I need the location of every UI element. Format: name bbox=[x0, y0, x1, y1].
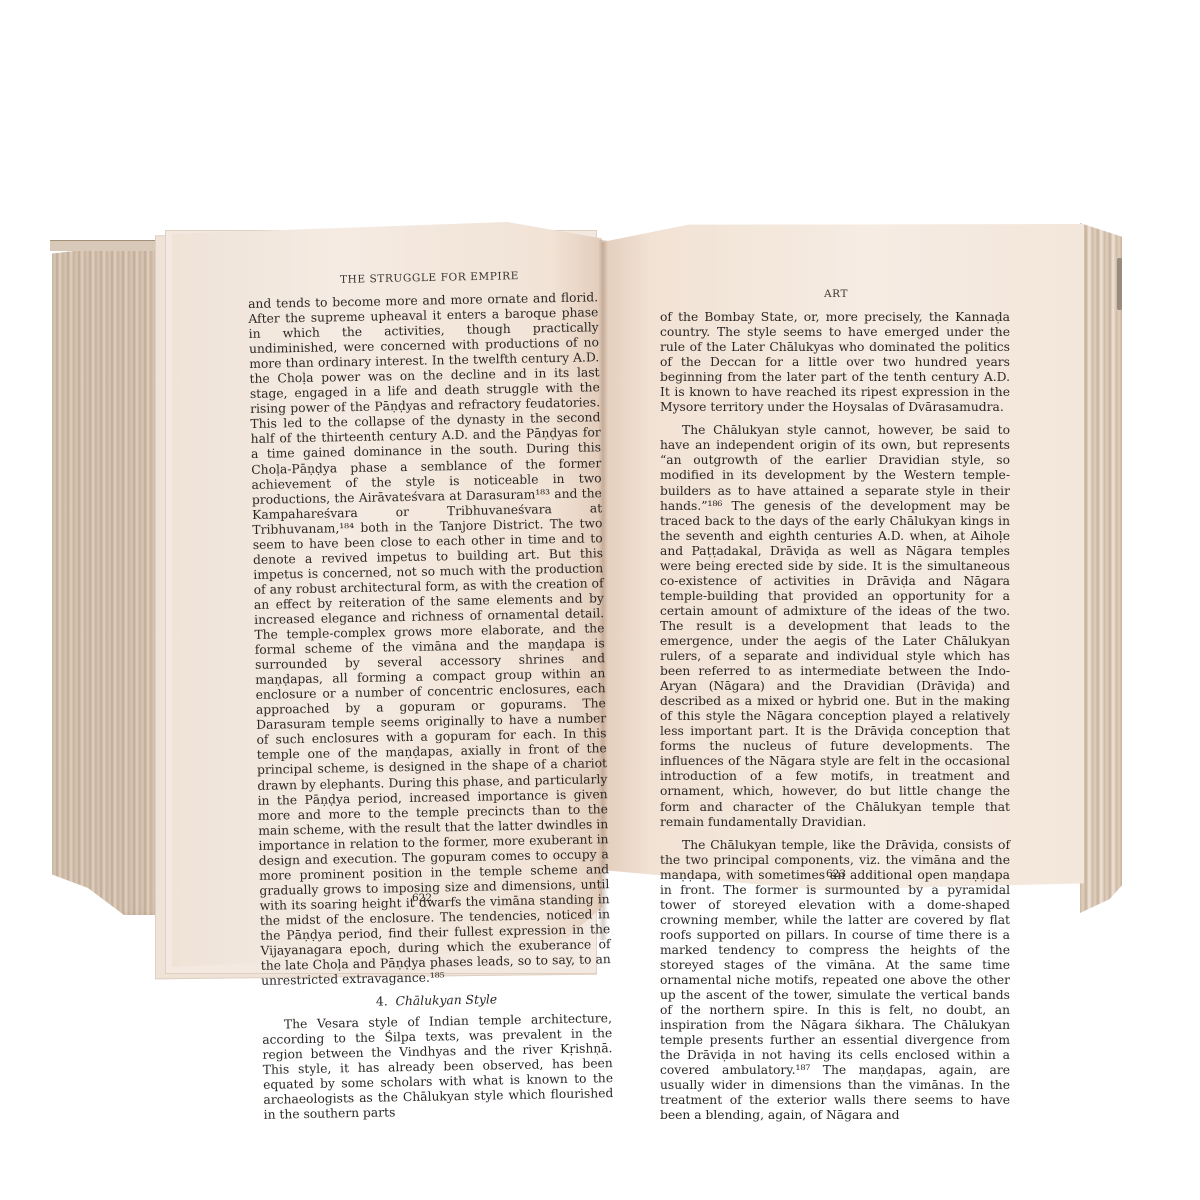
left-paragraph-1: and tends to become more and more ornate… bbox=[248, 290, 611, 989]
right-running-head: ART bbox=[824, 288, 848, 300]
right-paragraph-1: of the Bombay State, or, more precisely,… bbox=[660, 310, 1010, 415]
right-paragraph-2: The Chālukyan style cannot, however, be … bbox=[660, 423, 1010, 829]
right-page-number: 623 bbox=[826, 868, 846, 880]
section-title: Chālukyan Style bbox=[395, 993, 497, 1009]
right-paragraph-3: The Chālukyan temple, like the Drāviḍa, … bbox=[660, 838, 1010, 1124]
section-number: 4. bbox=[376, 995, 388, 1009]
left-page-text: and tends to become more and more ornate… bbox=[248, 290, 614, 1123]
right-page-text: of the Bombay State, or, more precisely,… bbox=[660, 310, 1010, 1123]
open-book: THE STRUGGLE FOR EMPIRE ART and tends to… bbox=[0, 0, 1200, 1200]
torn-cover-fragment bbox=[1117, 258, 1122, 310]
left-page-block-edge bbox=[52, 240, 172, 915]
left-paragraph-2: The Vesara style of Indian temple archit… bbox=[262, 1011, 614, 1123]
right-page-block-edge bbox=[1080, 223, 1122, 913]
section-heading: 4. Chālukyan Style bbox=[261, 990, 611, 1012]
left-page-number: 622 bbox=[412, 892, 432, 904]
